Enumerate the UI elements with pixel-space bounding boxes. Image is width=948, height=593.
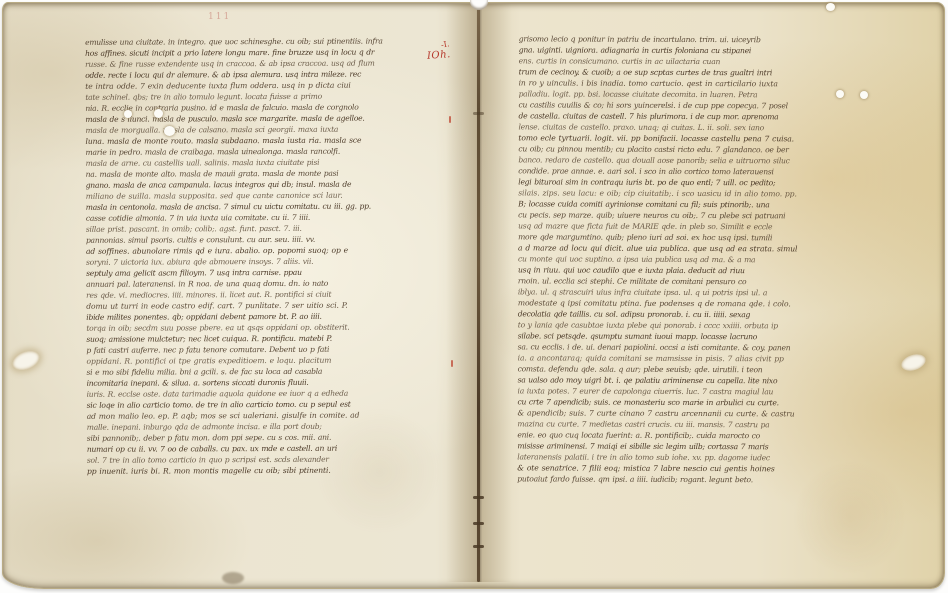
text-line: pannonias. simul psoris. cultis e consul…	[86, 233, 458, 246]
right-page: 111 87 grisomo lecio q ponitur in patriu…	[482, 0, 941, 585]
text-line: to y lania qde casubtae iuxta plebe qui …	[518, 319, 876, 331]
left-folio-number: 111	[208, 12, 231, 22]
text-line: russe. & fine russe extendente usq in cr…	[85, 57, 457, 70]
rubric-tick	[449, 116, 451, 123]
text-line: grisomo lecio q ponitur in patriu de inc…	[519, 33, 877, 45]
text-line: emulisse una ciuitate. in integro. que u…	[85, 35, 457, 48]
wormhole	[124, 110, 132, 118]
margin-note-mark: -I.	[440, 39, 450, 49]
text-line: comsta. defendu qde. sala. q aur; plebe …	[518, 363, 876, 375]
text-line: enie. eo quo cuq locata fuerint: a. R. p…	[517, 429, 875, 441]
text-line: domu ut turri in eode castro edif. cart.…	[86, 299, 458, 312]
text-line: soryni. 7 uictoria iux. abiura qde abmou…	[86, 255, 458, 268]
text-line: pp inuenit. iuris bi. R. mon montis mage…	[87, 464, 459, 477]
margin-note-ioh: IOh.	[427, 49, 451, 62]
right-text-block: grisomo lecio q ponitur in patriu de inc…	[517, 33, 877, 485]
text-line: torqa in oib; secdm suu posse pbere. ea …	[86, 321, 458, 334]
wormhole	[826, 3, 835, 11]
text-line: putoaiut fardo fuisse. qm ipsi. a iiii. …	[517, 473, 875, 485]
text-line: nia. R. ecclie in contraria pusino. id e…	[85, 101, 457, 114]
wormhole	[154, 109, 163, 118]
left-page: 111 emulisse una ciuitate. in integro. q…	[0, 0, 478, 585]
text-line: na. masla de monte alto. masla de mauii …	[86, 167, 458, 180]
text-line: iuris. R. ecclse oste. data tarimadie aq…	[87, 387, 459, 400]
text-line: modestate q ipsi comitatu ptina. fue pod…	[518, 297, 876, 309]
manuscript-photo: 111 emulisse una ciuitate. in integro. q…	[0, 0, 948, 593]
text-line: sol. 7 tre in alio tomo carticio in quo …	[87, 453, 459, 466]
wormhole	[836, 90, 844, 98]
left-text-block: emulisse una ciuitate. in integro. que u…	[85, 35, 459, 477]
rubric-tick	[451, 360, 453, 367]
ink-smudge	[222, 572, 244, 584]
text-line: silais. zips. seu lacu: e oib; cip ciuit…	[518, 187, 876, 199]
text-line: miliano de suilla. masla supposita. sed …	[86, 189, 458, 202]
text-line: ia iuxta potes. 7 eurer de capolonga ciu…	[518, 385, 876, 397]
text-line: lense. ciuitas de castello. praxo. unaq;…	[518, 121, 876, 133]
text-line: lateranensis palatii. i tre in alio tomo…	[517, 451, 875, 463]
text-line: cu monte qui uoc suptino. a ipsa uia pub…	[518, 253, 876, 265]
text-line: more qde margumtino. quib; pleno iuri ad…	[518, 231, 876, 243]
text-line: si e mo sibi fideliu milia. bni a gcili.…	[86, 365, 458, 378]
text-line: cu castilis cuuilis & co; hi sors yuince…	[519, 99, 877, 111]
text-line: sibi pannonib;. deber p fatu mon. dom pp…	[87, 431, 459, 444]
wormhole	[860, 91, 868, 99]
wormhole	[164, 126, 175, 136]
text-line: ens. curtis in consicumano. curtis in ac…	[519, 55, 877, 67]
text-line: masla de morgualla. masla de calsano. ma…	[85, 123, 457, 136]
text-line: condide. prae annae. e. aari sol. i sco …	[518, 165, 876, 177]
